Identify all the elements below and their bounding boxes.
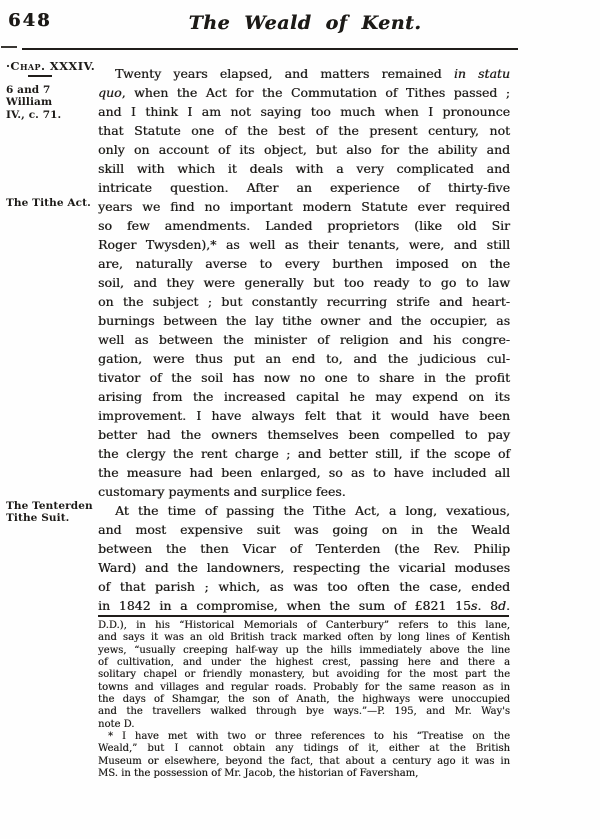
margin-note-underline (28, 75, 52, 77)
margin-note-tenterden-tithe-suit: The TenterdenTithe Suit. (6, 500, 96, 525)
body-text: Twenty years elapsed, and matters remain… (98, 64, 510, 615)
footnote-text: D.D.), in his “Historical Memorials of C… (98, 620, 510, 780)
text-run: * I have met with two or three reference… (108, 731, 510, 742)
text-run: and most expensive suit was going on in … (98, 522, 510, 537)
text-run: , when the Act for the Commutation of Ti… (122, 85, 510, 100)
text-line: Weald,” but I cannot obtain any tidings … (98, 743, 510, 755)
margin-note-tithe-act: The Tithe Act. (6, 197, 96, 209)
text-run: Roger Twysden),* as well as their tenant… (98, 237, 510, 252)
text-line: At the time of passing the Tithe Act, a … (98, 501, 510, 520)
text-line: skill with which it deals with a very co… (98, 159, 510, 178)
margin-note-line: Tithe Suit. (6, 512, 96, 524)
text-line: well as between the minister of religion… (98, 330, 510, 349)
text-run: only on account of its object, but also … (98, 142, 510, 157)
text-run: solitary chapel or friendly monastery, b… (98, 669, 510, 680)
text-run: the measure had been enlarged, so as to … (98, 465, 510, 480)
italic-text-run: in statu (454, 66, 510, 81)
text-line: and the travellers walked through bye wa… (98, 706, 510, 718)
text-line: and most expensive suit was going on in … (98, 520, 510, 539)
text-line: tivator of the soil has now no one to sh… (98, 368, 510, 387)
text-line: years we find no important modern Statut… (98, 197, 510, 216)
text-run: the days of Shamgar, the son of Anath, t… (98, 694, 510, 705)
text-line: Museum or elsewhere, beyond the fact, th… (98, 756, 510, 768)
text-line: only on account of its object, but also … (98, 140, 510, 159)
text-run: of that parish ; which, as was too often… (98, 579, 510, 594)
margin-note-line: ·Chap. XXXIV. (6, 60, 96, 72)
text-line: quo, when the Act for the Commutation of… (98, 83, 510, 102)
text-line: the measure had been enlarged, so as to … (98, 463, 510, 482)
text-line: intricate question. After an experience … (98, 178, 510, 197)
text-line: the clergy the rent charge ; and better … (98, 444, 510, 463)
text-run: Twenty years elapsed, and matters remain… (115, 66, 454, 81)
text-run: soil, and they were generally but too re… (98, 275, 510, 290)
header-rule (22, 48, 518, 50)
text-run: arising from the increased capital he ma… (98, 389, 510, 404)
italic-text-run: quo (98, 85, 122, 100)
text-run: burnings between the lay tithe owner and… (98, 313, 510, 328)
text-run: note D. (98, 719, 134, 730)
text-line: * I have met with two or three reference… (98, 731, 510, 743)
text-run: intricate question. After an experience … (98, 180, 510, 195)
text-run: the clergy the rent charge ; and better … (98, 446, 510, 461)
text-line: better had the owners themselves been co… (98, 425, 510, 444)
text-line: improvement. I have always felt that it … (98, 406, 510, 425)
text-run: Weald,” but I cannot obtain any tidings … (98, 743, 510, 754)
text-line: that Statute one of the best of the pres… (98, 121, 510, 140)
text-run: yews, “usually creeping half-way up the … (98, 645, 510, 656)
text-line: on the subject ; but constantly recurrin… (98, 292, 510, 311)
text-line: and says it was an old British track mar… (98, 632, 510, 644)
text-run: At the time of passing the Tithe Act, a … (115, 503, 510, 518)
text-run: in 1842 in a compromise, when the sum of… (98, 598, 471, 613)
text-line: customary payments and surplice fees. (98, 482, 510, 501)
text-run: MS. in the possession of Mr. Jacob, the … (98, 768, 418, 779)
text-run: gation, were thus put an end to, and the… (98, 351, 510, 366)
text-line: in 1842 in a compromise, when the sum of… (98, 596, 510, 615)
text-run: so few amendments. Landed proprietors (l… (98, 218, 510, 233)
text-run: on the subject ; but constantly recurrin… (98, 294, 510, 309)
text-run: customary payments and surplice fees. (98, 484, 346, 499)
text-run: well as between the minister of religion… (98, 332, 510, 347)
italic-text-run: d (498, 598, 506, 613)
text-line: Ward) and the landowners, respecting the… (98, 558, 510, 577)
margin-note-chapter: ·Chap. XXXIV. (6, 60, 96, 77)
text-run: and the travellers walked through bye wa… (98, 706, 510, 717)
text-line: burnings between the lay tithe owner and… (98, 311, 510, 330)
margin-note-line: The Tenterden (6, 500, 96, 512)
text-run: Museum or elsewhere, beyond the fact, th… (98, 756, 510, 767)
text-line: of that parish ; which, as was too often… (98, 577, 510, 596)
text-line: are, naturally averse to every burthen i… (98, 254, 510, 273)
margin-notes-column: ·Chap. XXXIV.6 and 7 WilliamIV., c. 71.T… (6, 0, 96, 839)
text-line: arising from the increased capital he ma… (98, 387, 510, 406)
text-run: between the then Vicar of Tenterden (the… (98, 541, 510, 556)
text-run: skill with which it deals with a very co… (98, 161, 510, 176)
text-run: tivator of the soil has now no one to sh… (98, 370, 510, 385)
margin-note-line: The Tithe Act. (6, 197, 96, 209)
text-run: towns and villages and regular roads. Pr… (98, 682, 510, 693)
text-line: and I think I am not saying too much whe… (98, 102, 510, 121)
text-run: years we find no important modern Statut… (98, 199, 510, 214)
text-run: and I think I am not saying too much whe… (98, 104, 510, 119)
text-line: towns and villages and regular roads. Pr… (98, 682, 510, 694)
margin-note-line: IV., c. 71. (6, 109, 96, 121)
text-run: that Statute one of the best of the pres… (98, 123, 510, 138)
text-line: between the then Vicar of Tenterden (the… (98, 539, 510, 558)
text-line: the days of Shamgar, the son of Anath, t… (98, 694, 510, 706)
text-line: note D. (98, 719, 510, 731)
text-run: D.D.), in his “Historical Memorials of C… (98, 620, 510, 631)
text-line: yews, “usually creeping half-way up the … (98, 645, 510, 657)
text-line: solitary chapel or friendly monastery, b… (98, 669, 510, 681)
margin-note-line: 6 and 7 William (6, 84, 96, 109)
text-line: MS. in the possession of Mr. Jacob, the … (98, 768, 510, 780)
footnote-separator-rule (98, 615, 509, 617)
text-line: Roger Twysden),* as well as their tenant… (98, 235, 510, 254)
text-run: Ward) and the landowners, respecting the… (98, 560, 510, 575)
text-run: improvement. I have always felt that it … (98, 408, 510, 423)
text-run: . 8 (477, 598, 498, 613)
text-run: and says it was an old British track mar… (98, 632, 510, 643)
text-line: D.D.), in his “Historical Memorials of C… (98, 620, 510, 632)
text-run: of cultivation, and under the highest cr… (98, 657, 510, 668)
text-line: of cultivation, and under the highest cr… (98, 657, 510, 669)
text-line: so few amendments. Landed proprietors (l… (98, 216, 510, 235)
text-run: are, naturally averse to every burthen i… (98, 256, 510, 271)
text-run: better had the owners themselves been co… (98, 427, 510, 442)
book-page: 648 The Weald of Kent. ·Chap. XXXIV.6 an… (0, 0, 600, 839)
text-line: soil, and they were generally but too re… (98, 273, 510, 292)
text-run: . (506, 598, 510, 613)
text-line: gation, were thus put an end to, and the… (98, 349, 510, 368)
margin-note-statute-citation: 6 and 7 WilliamIV., c. 71. (6, 84, 96, 121)
text-line: Twenty years elapsed, and matters remain… (98, 64, 510, 83)
